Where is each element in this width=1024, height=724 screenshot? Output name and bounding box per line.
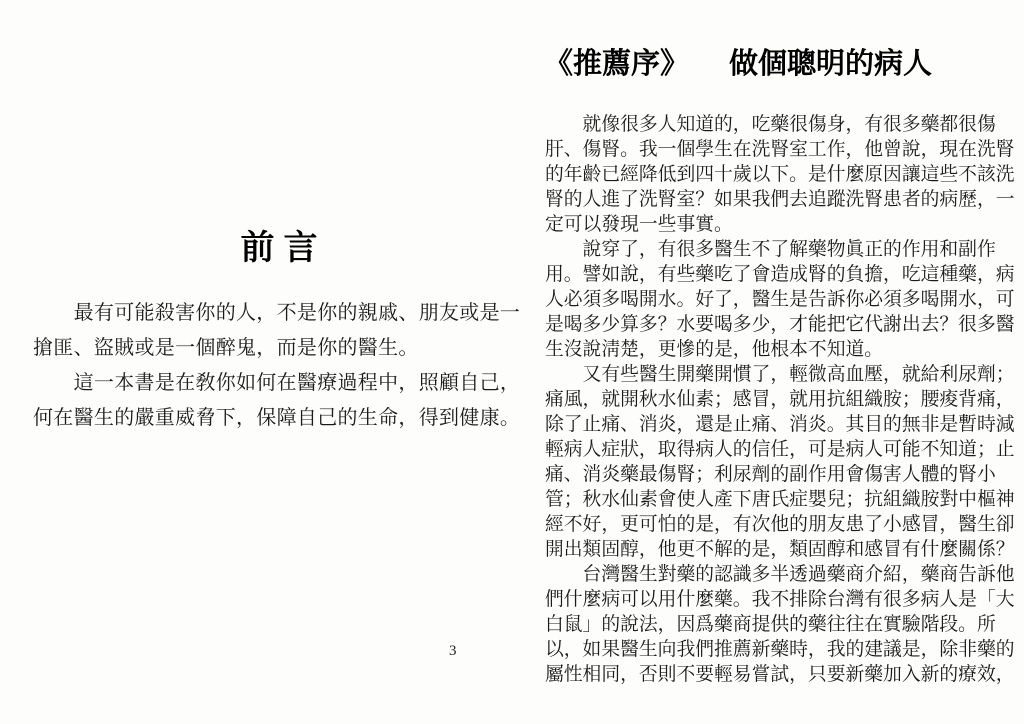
text-line: 腎的人進了洗腎室？如果我們去追蹤洗腎患者的病歷，一	[545, 187, 1023, 212]
text-line: 屬性相同，否則不要輕易嘗試，只要新藥加入新的療效，	[545, 662, 1023, 687]
preface-title: 前言	[33, 220, 525, 269]
text-line: 是喝多少算多？水要喝多少，才能把它代謝出去？很多醫	[545, 312, 1023, 337]
text-line: 定可以發現一些事實。	[545, 212, 1023, 237]
recommendation-body: 就像很多人知道的，吃藥很傷身，有很多藥都很傷肝、傷腎。我一個學生在洗腎室工作，他…	[545, 112, 1023, 687]
text-line: 最有可能殺害你的人，不是你的親戚、朋友或是一	[33, 296, 538, 331]
text-line: 搶匪、盜賊或是一個醉鬼，而是你的醫生。	[33, 331, 538, 366]
text-line: 輕病人症狀，取得病人的信任，可是病人可能不知道；止	[545, 437, 1023, 462]
text-line: 台灣醫生對藥的認識多半透過藥商介紹，藥商告訴他	[545, 562, 1023, 587]
preface-body: 最有可能殺害你的人，不是你的親戚、朋友或是一搶匪、盜賊或是一個醉鬼，而是你的醫生…	[33, 296, 538, 436]
text-line: 這一本書是在敎你如何在醫療過程中，照顧自己，	[33, 366, 538, 401]
text-line: 說穿了，有很多醫生不了解藥物眞正的作用和副作	[545, 237, 1023, 262]
text-line: 就像很多人知道的，吃藥很傷身，有很多藥都很傷	[545, 112, 1023, 137]
text-line: 管；秋水仙素會使人產下唐氏症嬰兒；抗組織胺對中樞神	[545, 487, 1023, 512]
page-number: 3	[449, 643, 457, 660]
text-line: 開出類固醇，他更不解的是，類固醇和感冒有什麼關係？	[545, 537, 1023, 562]
text-line: 用。譬如說，有些藥吃了會造成腎的負擔，吃這種藥，病	[545, 262, 1023, 287]
text-line: 的年齡已經降低到四十歲以下。是什麼原因讓這些不該洗	[545, 162, 1023, 187]
text-line: 又有些醫生開藥開慣了，輕微高血壓，就給利尿劑；	[545, 362, 1023, 387]
recommendation-title-main: 做個聰明的病人	[729, 48, 932, 80]
recommendation-title-prefix: 《推薦序》	[544, 48, 689, 80]
text-line: 生沒說淸楚，更慘的是，他根本不知道。	[545, 337, 1023, 362]
text-line: 痛、消炎藥最傷腎；利尿劑的副作用會傷害人體的腎小	[545, 462, 1023, 487]
text-line: 白鼠」的說法，因爲藥商提供的藥往往在實驗階段。所	[545, 612, 1023, 637]
text-line: 何在醫生的嚴重威脅下，保障自己的生命，得到健康。	[33, 401, 538, 436]
text-line: 除了止痛、消炎，還是止痛、消炎。其目的無非是暫時減	[545, 412, 1023, 437]
text-line: 以，如果醫生向我們推薦新藥時，我的建議是，除非藥的	[545, 637, 1023, 662]
text-line: 經不好，更可怕的是，有次他的朋友患了小感冒，醫生卻	[545, 512, 1023, 537]
text-line: 們什麼病可以用什麼藥。我不排除台灣有很多病人是「大	[545, 587, 1023, 612]
text-line: 肝、傷腎。我一個學生在洗腎室工作，他曾說，現在洗腎	[545, 137, 1023, 162]
text-line: 人必須多喝開水。好了，醫生是告訴你必須多喝開水，可	[545, 287, 1023, 312]
book-spread: 前言 最有可能殺害你的人，不是你的親戚、朋友或是一搶匪、盜賊或是一個醉鬼，而是你…	[0, 0, 1024, 724]
recommendation-title: 《推薦序》做個聰明的病人	[544, 41, 932, 82]
text-line: 痛風，就開秋水仙素；感冒，就用抗組織胺；腰痠背痛，	[545, 387, 1023, 412]
